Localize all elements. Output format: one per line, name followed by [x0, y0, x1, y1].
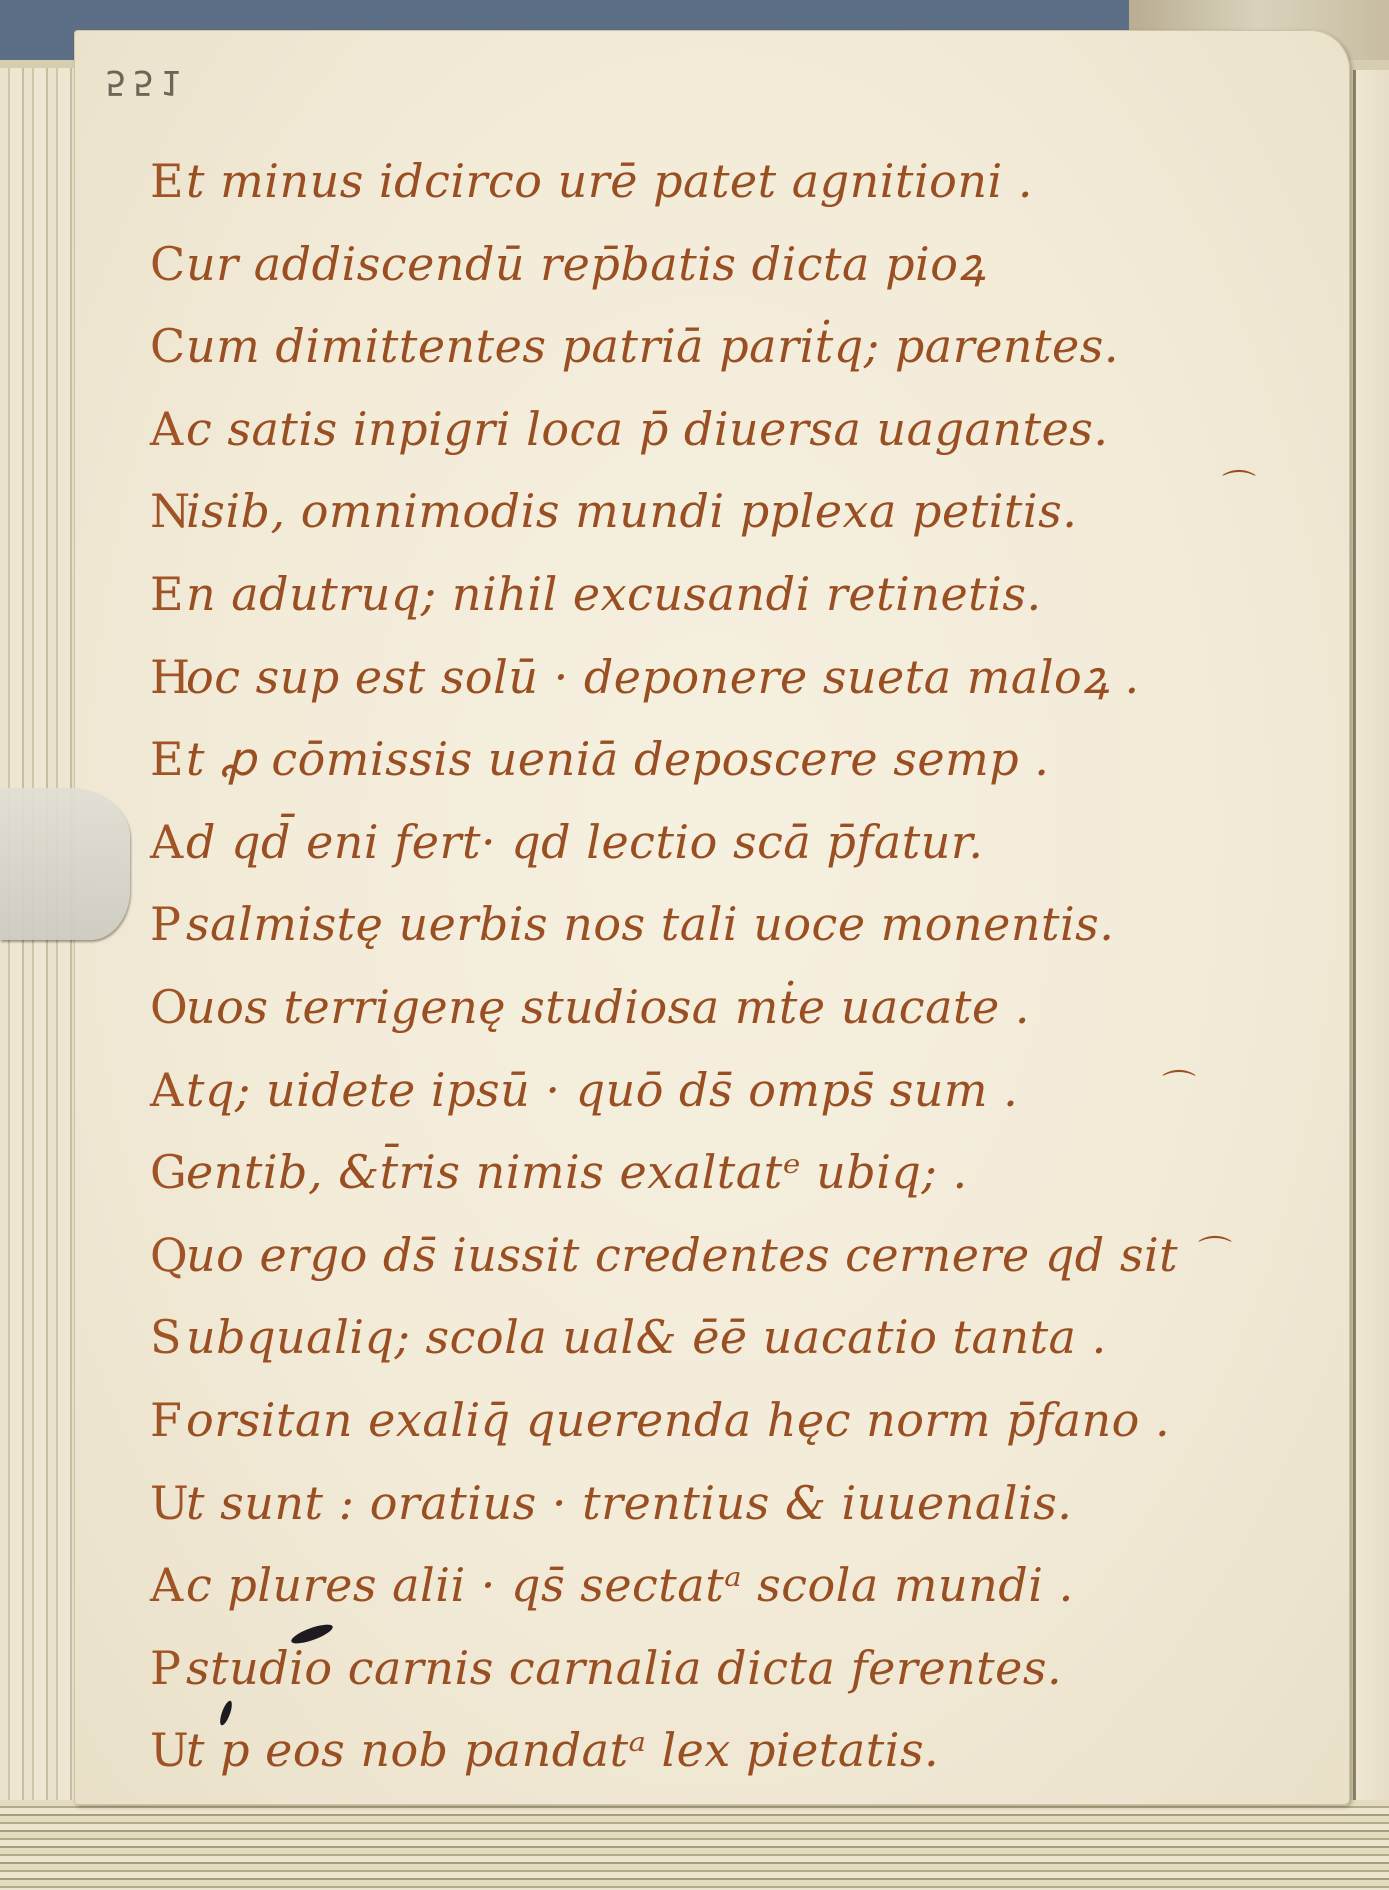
text-line: Ac plures alii · qs̄ sectatᵃ scola mundi…: [150, 1544, 1250, 1627]
margin-mark: ⌒: [1222, 460, 1256, 509]
text-line: Ac satis inpigri loca p̄ diuersa uagante…: [150, 388, 1250, 471]
margin-mark: ⌒: [1162, 1060, 1196, 1109]
line-text: t sunt : oratius · trentius & iuuenalis.: [186, 1476, 1072, 1530]
text-line: Ut sunt : oratius · trentius & iuuenalis…: [150, 1462, 1250, 1545]
line-text: ubqualiq; scola ual& ēē uacatio tanta .: [186, 1310, 1107, 1364]
line-initial: A: [150, 801, 172, 883]
text-line: En adutruq; nihil excusandi retinetis.: [150, 553, 1250, 636]
line-initial: O: [150, 966, 172, 1048]
line-text: um dimittentes patriā pariṫq; parentes.: [186, 319, 1119, 373]
line-text: isib, omnimodis mundi pplexa petitis.: [186, 484, 1077, 538]
text-line: Et minus idcirco urē patet agnitioni .: [150, 140, 1250, 223]
text-line: Cum dimittentes patriā pariṫq; parentes.: [150, 305, 1250, 388]
line-text: entib, &t̄ris nimis exaltatᵉ ubiq; .: [186, 1145, 968, 1199]
line-text: t p eos nob pandatᵃ lex pietatis.: [186, 1723, 939, 1777]
text-line: Subqualiq; scola ual& ēē uacatio tanta .: [150, 1296, 1250, 1379]
text-line: Hoc sup est solū · deponere sueta maloꝝ …: [150, 636, 1250, 719]
facing-leaf-edge: [1353, 70, 1389, 1870]
line-initial: E: [150, 553, 172, 635]
line-initial: U: [150, 1462, 172, 1544]
text-line: Atq; uidete ipsū · quō ds̄ omps̄ sum .: [150, 1049, 1250, 1132]
line-text: c plures alii · qs̄ sectatᵃ scola mundi …: [186, 1558, 1074, 1612]
line-initial: Q: [150, 1214, 172, 1296]
line-initial: E: [150, 718, 172, 800]
margin-mark: ⌒: [1198, 1226, 1232, 1275]
line-text: studio carnis carnalia dicta ferentes.: [186, 1641, 1062, 1695]
line-initial: P: [150, 1627, 172, 1709]
line-initial: G: [150, 1131, 172, 1213]
line-initial: S: [150, 1296, 172, 1378]
text-line: Ad qd̄ eni fert· qd lectio scā p̄fatur.: [150, 801, 1250, 884]
line-text: tq; uidete ipsū · quō ds̄ omps̄ sum .: [186, 1063, 1018, 1117]
text-line: Ouos terrigenę studiosa mṫe uacate .: [150, 966, 1250, 1049]
text-line: Gentib, &t̄ris nimis exaltatᵉ ubiq; .: [150, 1131, 1250, 1214]
manuscript-text: Et minus idcirco urē patet agnitioni . C…: [150, 140, 1250, 1792]
line-text: d qd̄ eni fert· qd lectio scā p̄fatur.: [186, 815, 983, 869]
line-text: uo ergo ds̄ iussit credentes cernere qd …: [186, 1228, 1178, 1282]
text-line: Et ꝓ cōmissis ueniā deposcere semp .: [150, 718, 1250, 801]
line-initial: C: [150, 305, 172, 387]
line-text: t minus idcirco urē patet agnitioni .: [186, 154, 1033, 208]
line-initial: P: [150, 883, 172, 965]
page-edges-bottom: [0, 1800, 1389, 1890]
page-tab-marker[interactable]: [0, 788, 130, 940]
line-text: orsitan exaliq̄ querenda hęc norm p̄fano…: [186, 1393, 1170, 1447]
text-line: Psalmistę uerbis nos tali uoce monentis.: [150, 883, 1250, 966]
text-line: Ut p eos nob pandatᵃ lex pietatis.: [150, 1709, 1250, 1792]
line-initial: C: [150, 223, 172, 305]
line-initial: A: [150, 388, 172, 470]
line-text: t ꝓ cōmissis ueniā deposcere semp .: [186, 732, 1049, 786]
line-text: salmistę uerbis nos tali uoce monentis.: [186, 897, 1114, 951]
line-initial: U: [150, 1709, 172, 1791]
text-line: Nisib, omnimodis mundi pplexa petitis.: [150, 470, 1250, 553]
line-initial: E: [150, 140, 172, 222]
line-text: uos terrigenę studiosa mṫe uacate .: [186, 980, 1030, 1034]
line-text: c satis inpigri loca p̄ diuersa uagantes…: [186, 402, 1109, 456]
folio-number: 551: [105, 62, 188, 102]
line-initial: H: [150, 636, 172, 718]
line-initial: A: [150, 1049, 172, 1131]
text-line: Cur addiscendū rep̄batis dicta pioꝝ: [150, 223, 1250, 306]
line-initial: F: [150, 1379, 172, 1461]
line-text: ur addiscendū rep̄batis dicta pioꝝ: [186, 237, 986, 291]
text-line: Forsitan exaliq̄ querenda hęc norm p̄fan…: [150, 1379, 1250, 1462]
line-initial: N: [150, 470, 172, 552]
line-text: oc sup est solū · deponere sueta maloꝝ .: [186, 650, 1140, 704]
line-text: n adutruq; nihil excusandi retinetis.: [186, 567, 1042, 621]
line-initial: A: [150, 1544, 172, 1626]
text-line: Quo ergo ds̄ iussit credentes cernere qd…: [150, 1214, 1250, 1297]
